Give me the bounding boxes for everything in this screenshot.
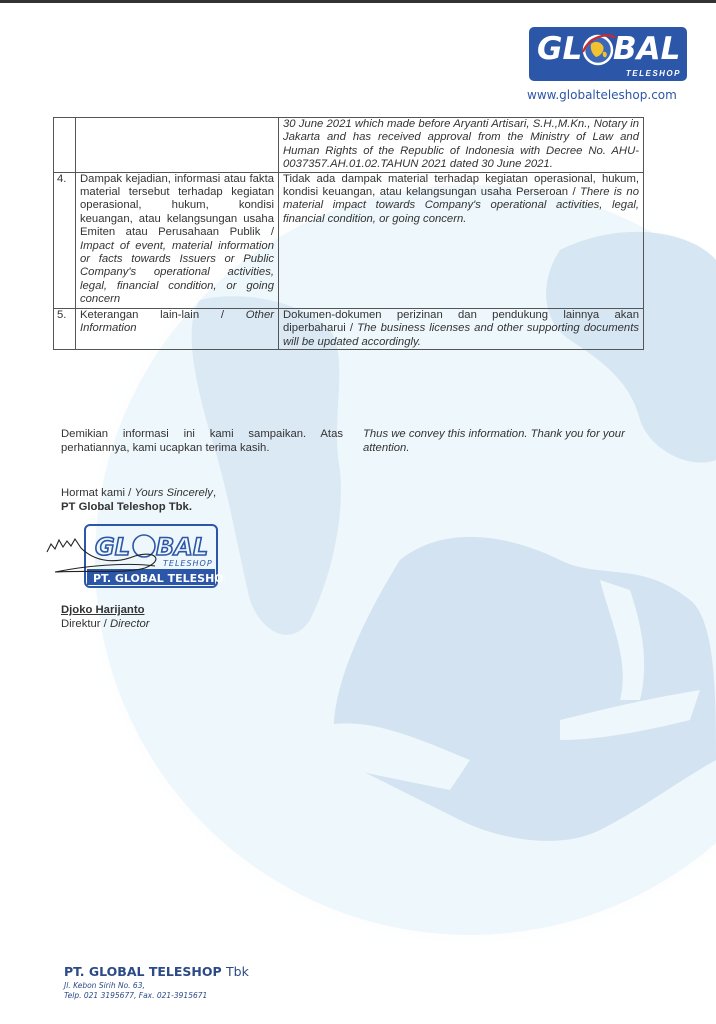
footer-company-name: PT. GLOBAL TELESHOP <box>64 964 222 979</box>
row-label-id: Dampak kejadian, informasi atau fakta ma… <box>80 173 274 239</box>
svg-text:BAL: BAL <box>156 533 208 561</box>
greeting-id: Hormat kami / <box>61 487 134 499</box>
table-row: 5. Keterangan lain-lain / Other Informat… <box>54 308 644 349</box>
greeting-en: Yours Sincerely <box>134 487 213 499</box>
closing-text-en: Thus we convey this information. Thank y… <box>363 428 663 455</box>
row-label: Dampak kejadian, informasi atau fakta ma… <box>76 172 279 308</box>
closing-text-id: Demikian informasi ini kami sampaikan. A… <box>61 428 343 455</box>
row-value: Dokumen-dokumen perizinan dan pendukung … <box>279 308 644 349</box>
row-number <box>54 118 76 173</box>
document-page: GL BAL TELESHOP www.globalteleshop.com 3… <box>0 0 716 1024</box>
greeting: Hormat kami / Yours Sincerely, <box>61 487 216 501</box>
row-label: Keterangan lain-lain / Other Information <box>76 308 279 349</box>
svg-text:PT. GLOBAL TELESHOP: PT. GLOBAL TELESHOP <box>93 572 225 585</box>
disclosure-table: 30 June 2021 which made before Aryanti A… <box>53 117 644 350</box>
footer-company: PT. GLOBAL TELESHOP Tbk <box>64 964 249 979</box>
company-logo: GL BAL TELESHOP <box>529 27 687 81</box>
footer-contact: Telp. 021 3195677, Fax. 021-3915671 <box>64 991 249 1001</box>
signer-title: Direktur / Director <box>61 618 150 632</box>
signer-block: Djoko Harijanto Direktur / Director <box>61 604 150 631</box>
row-label-id: Keterangan lain-lain / <box>80 309 224 321</box>
row-label <box>76 118 279 173</box>
logo-text-right: BAL <box>613 31 680 67</box>
table-row: 30 June 2021 which made before Aryanti A… <box>54 118 644 173</box>
signer-name: Djoko Harijanto <box>61 604 150 618</box>
company-stamp-signature: GL BAL TELESHOP PT. GLOBAL TELESHOP <box>45 522 225 592</box>
greeting-suffix: , <box>213 487 216 499</box>
logo-text-left: GL <box>537 31 582 67</box>
website-url: www.globalteleshop.com <box>527 88 677 102</box>
company-name: PT Global Teleshop Tbk. <box>61 501 216 515</box>
row-value: 30 June 2021 which made before Aryanti A… <box>279 118 644 173</box>
top-border <box>0 0 716 3</box>
row-value: Tidak ada dampak material terhadap kegia… <box>279 172 644 308</box>
footer-company-suffix: Tbk <box>226 964 249 979</box>
letterhead-footer: PT. GLOBAL TELESHOP Tbk Jl. Kebon Sirih … <box>64 964 249 1001</box>
logo-subtitle: TELESHOP <box>626 69 681 78</box>
row-number: 4. <box>54 172 76 308</box>
row-value-en: 30 June 2021 which made before Aryanti A… <box>283 118 639 170</box>
globe-icon <box>579 30 617 68</box>
svg-text:TELESHOP: TELESHOP <box>163 559 213 568</box>
svg-text:GL: GL <box>95 533 130 561</box>
signer-title-en: Director <box>110 618 150 630</box>
footer-address: Jl. Kebon Sirih No. 63, <box>64 981 249 991</box>
row-label-en: Impact of event, material information or… <box>80 240 274 306</box>
table-row: 4. Dampak kejadian, informasi atau fakta… <box>54 172 644 308</box>
row-number: 5. <box>54 308 76 349</box>
regards-block: Hormat kami / Yours Sincerely, PT Global… <box>61 487 216 514</box>
signer-title-id: Direktur / <box>61 618 110 630</box>
